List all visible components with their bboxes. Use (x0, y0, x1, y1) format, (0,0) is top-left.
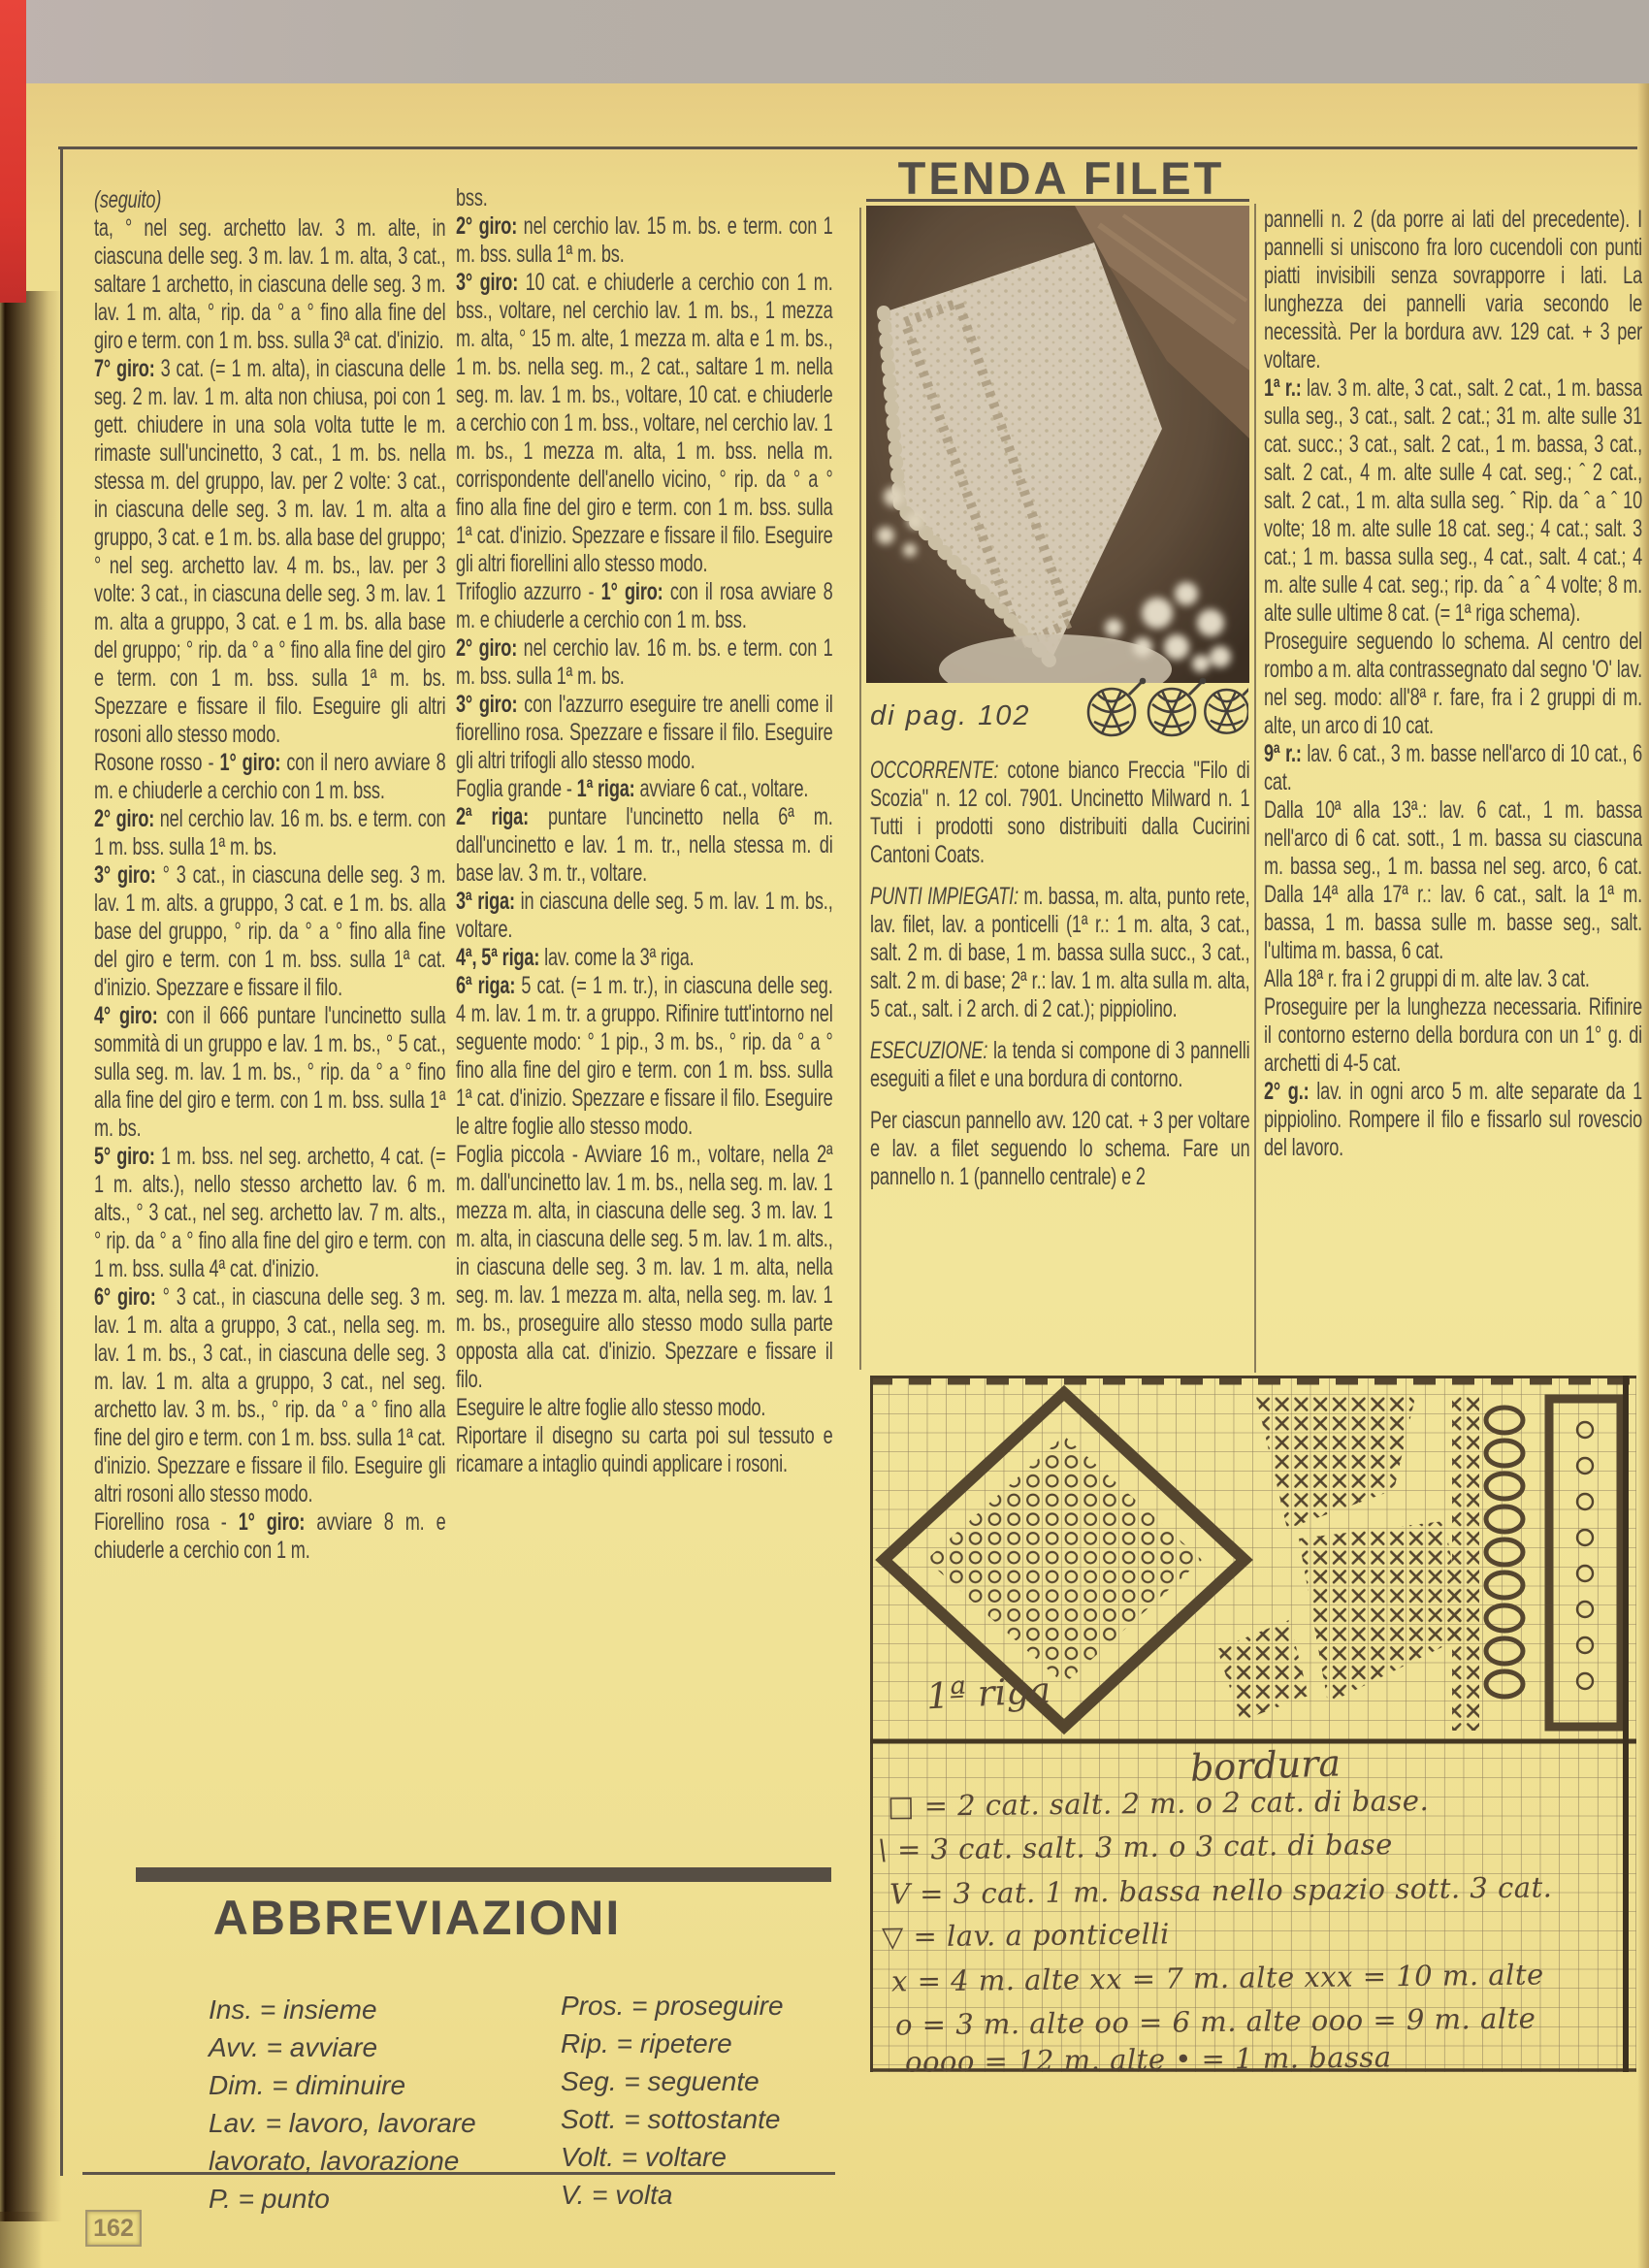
chart-legend-line: oooo = 12 m. alte • = 1 m. bassa (905, 2040, 1392, 2078)
paragraph: ta, ° nel seg. archetto lav. 3 m. alte, … (94, 214, 446, 355)
paragraph: PUNTI IMPIEGATI: m. bassa, m. alta, punt… (870, 883, 1250, 1023)
page-gutter-shadow (0, 291, 62, 2221)
abbreviation-item: lavorato, lavorazione (209, 2142, 476, 2180)
paragraph: Riportare il disegno su carta poi sul te… (456, 1422, 833, 1478)
abbreviations-heading: ABBREVIAZIONI (145, 1890, 689, 1946)
paragraph: 9ª r.: lav. 6 cat., 3 m. basse nell'arco… (1264, 740, 1642, 796)
abbreviation-item: V. = volta (561, 2176, 784, 2214)
abbreviation-item: Volt. = voltare (561, 2138, 784, 2176)
paragraph: 4ª, 5ª riga: lav. come la 3ª riga. (456, 944, 833, 972)
paragraph: pannelli n. 2 (da porre ai lati del prec… (1264, 206, 1642, 374)
paragraph: ESECUZIONE: la tenda si compone di 3 pan… (870, 1037, 1250, 1093)
chart-legend: □ = 2 cat. salt. 2 m. o 2 cat. di base.\… (870, 1376, 1636, 2072)
yarn-ball-icon (1088, 679, 1145, 735)
abbreviation-item: Ins. = insieme (209, 1991, 476, 2028)
article-title: TENDA FILET (873, 151, 1249, 205)
column-divider-rule (859, 208, 861, 1370)
abbreviation-item: Sott. = sottostante (561, 2100, 784, 2138)
paragraph: OCCORRENTE: cotone bianco Freccia ''Filo… (870, 757, 1250, 869)
paragraph: Rosone rosso - 1° giro: con il nero avvi… (94, 749, 446, 805)
abbreviations-top-bar (136, 1867, 831, 1882)
paragraph: Foglia grande - 1ª riga: avviare 6 cat.,… (456, 775, 833, 803)
page-gutter-shadow-bottom (0, 2212, 43, 2268)
chart-legend-line: \ = 3 cat. salt. 3 m. o 3 cat. di base (878, 1828, 1393, 1866)
paragraph: Proseguire per la lunghezza necessaria. … (1264, 993, 1642, 1078)
text-column-3: OCCORRENTE: cotone bianco Freccia ''Filo… (870, 757, 1250, 1368)
scanner-background (0, 0, 1649, 83)
paragraph: 3° giro: 10 cat. e chiuderle a cerchio c… (456, 269, 833, 578)
red-edge-stripe (0, 0, 26, 303)
paragraph: Trifoglio azzurro - 1° giro: con il rosa… (456, 578, 833, 634)
filet-crochet-chart: 1ª riga bordura □ = 2 cat. salt. 2 m. o … (870, 1376, 1636, 2072)
curtain-photo-image (866, 206, 1249, 683)
abbreviations-list-right: Pros. = proseguireRip. = ripetereSeg. = … (561, 1987, 784, 2214)
paragraph: 2° giro: nel cerchio lav. 15 m. bs. e te… (456, 212, 833, 269)
paragraph: 6° giro: ° 3 cat., in ciascuna delle seg… (94, 1283, 446, 1508)
paragraph: 2° giro: nel cerchio lav. 16 m. bs. e te… (456, 634, 833, 691)
paragraph: 3ª riga: in ciascuna delle seg. 5 m. lav… (456, 888, 833, 944)
paragraph: 4° giro: con il 666 puntare l'uncinetto … (94, 1002, 446, 1143)
yarn-ball-icon (1205, 681, 1248, 733)
chart-legend-line: □ = 2 cat. salt. 2 m. o 2 cat. di base. (888, 1784, 1430, 1823)
yarn-ball-icons (1079, 675, 1248, 744)
content-frame-left-rule (60, 146, 63, 2176)
page-number: 162 (85, 2210, 142, 2247)
paragraph: Foglia piccola - Avviare 16 m., voltare,… (456, 1141, 833, 1394)
abbreviations-list-left: Ins. = insiemeAvv. = avviareDim. = dimin… (209, 1991, 476, 2218)
abbreviation-item: Lav. = lavoro, lavorare (209, 2104, 476, 2142)
abbreviation-item: Pros. = proseguire (561, 1987, 784, 2025)
abbreviation-item: Seg. = seguente (561, 2062, 784, 2100)
text-column-2: bss.2° giro: nel cerchio lav. 15 m. bs. … (456, 184, 833, 1853)
chart-legend-line: V = 3 cat. 1 m. bassa nello spazio sott.… (889, 1870, 1553, 1910)
abbreviation-item: Rip. = ripetere (561, 2025, 784, 2062)
abbreviation-item: P. = punto (209, 2180, 476, 2218)
paragraph: 6ª riga: 5 cat. (= 1 m. tr.), in ciascun… (456, 972, 833, 1141)
yarn-ball-icon (1148, 679, 1205, 735)
paragraph: (seguito) (94, 186, 446, 214)
photo-caption: di pag. 102 (870, 700, 1031, 732)
paragraph: bss. (456, 184, 833, 212)
paragraph: 2ª riga: puntare l'uncinetto nella 6ª m.… (456, 803, 833, 888)
content-frame-top-rule (58, 146, 1637, 149)
paragraph: 2° g.: lav. in ogni arco 5 m. alte separ… (1264, 1078, 1642, 1162)
chart-legend-line: ▽ = lav. a ponticelli (882, 1917, 1170, 1953)
column-divider-rule (1254, 204, 1256, 1373)
text-column-1: (seguito)ta, ° nel seg. archetto lav. 3 … (94, 186, 446, 1816)
text-column-4: pannelli n. 2 (da porre ai lati del prec… (1264, 206, 1642, 1366)
paragraph: 3° giro: con l'azzurro eseguire tre anel… (456, 691, 833, 775)
paragraph: 7° giro: 3 cat. (= 1 m. alta), in ciascu… (94, 355, 446, 749)
paragraph: Proseguire seguendo lo schema. Al centro… (1264, 628, 1642, 740)
paragraph: Dalla 10ª alla 13ª.: lav. 6 cat., 1 m. b… (1264, 796, 1642, 965)
paragraph: 1ª r.: lav. 3 m. alte, 3 cat., salt. 2 c… (1264, 374, 1642, 628)
paragraph: 3° giro: ° 3 cat., in ciascuna delle seg… (94, 861, 446, 1002)
paragraph: Eseguire le altre foglie allo stesso mod… (456, 1394, 833, 1422)
paragraph: Per ciascun pannello avv. 120 cat. + 3 p… (870, 1107, 1250, 1191)
paragraph: 5° giro: 1 m. bss. nel seg. archetto, 4 … (94, 1143, 446, 1283)
curtain-photo (866, 206, 1249, 683)
paragraph: Alla 18ª r. fra i 2 gruppi di m. alte la… (1264, 965, 1642, 993)
chart-legend-line: x = 4 m. alte xx = 7 m. alte xxx = 10 m.… (891, 1958, 1544, 1997)
abbreviation-item: Avv. = avviare (209, 2028, 476, 2066)
paragraph: Fiorellino rosa - 1° giro: avviare 8 m. … (94, 1508, 446, 1565)
abbreviation-item: Dim. = diminuire (209, 2066, 476, 2104)
chart-legend-line: o = 3 m. alte oo = 6 m. alte ooo = 9 m. … (895, 2002, 1536, 2042)
paragraph: 2° giro: nel cerchio lav. 16 m. bs. e te… (94, 805, 446, 861)
